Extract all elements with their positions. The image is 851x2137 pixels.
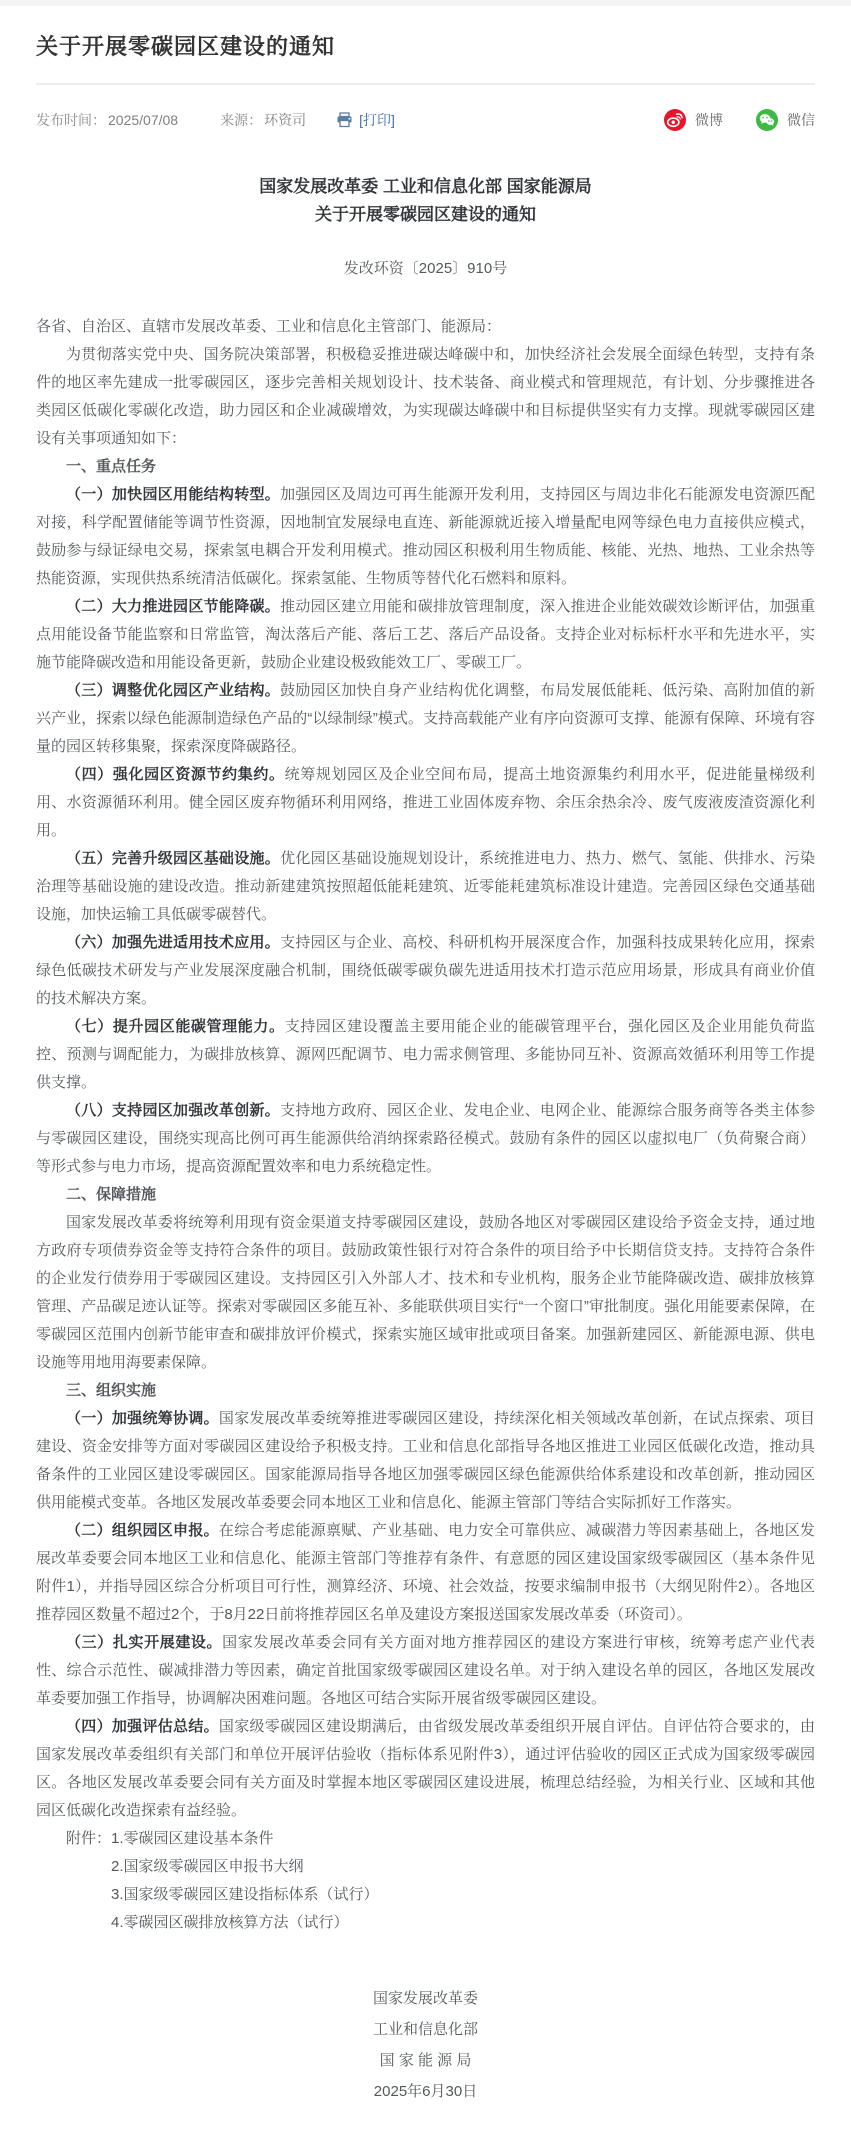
attachment-row-4: 4.零碳园区碳排放核算方法（试行） — [36, 1909, 815, 1937]
salutation: 各省、自治区、直辖市发展改革委、工业和信息化主管部门、能源局： — [36, 313, 815, 341]
section-2-heading: 二、保障措施 — [36, 1181, 815, 1209]
notice-page: 关于开展零碳园区建设的通知 发布时间： 2025/07/08 来源： 环资司 [… — [0, 0, 851, 2137]
page-title: 关于开展零碳园区建设的通知 — [36, 6, 815, 61]
item-lead: （六）加强先进适用技术应用。 — [66, 934, 280, 951]
share-wechat-button[interactable]: 微信 — [755, 108, 815, 132]
attachment-row-2: 2.国家级零碳园区申报书大纲 — [36, 1853, 815, 1881]
section3-item-3: （三）扎实开展建设。国家发展改革委会同有关方面对地方推荐园区的建设方案进行审核，… — [36, 1629, 815, 1713]
weibo-label: 微博 — [695, 110, 723, 130]
section1-item-8: （八）支持园区加强改革创新。支持地方政府、园区企业、发电企业、电网企业、能源综合… — [36, 1097, 815, 1181]
attachments-label: 附件： — [66, 1830, 111, 1847]
signature-date: 2025年6月30日 — [36, 2076, 815, 2107]
document-issuing-orgs: 国家发展改革委 工业和信息化部 国家能源局 — [36, 173, 815, 201]
attachment-row-3: 3.国家级零碳园区建设指标体系（试行） — [36, 1881, 815, 1909]
item-lead: （一）加快园区用能结构转型。 — [66, 486, 280, 503]
item-lead: （三）扎实开展建设。 — [66, 1634, 222, 1651]
item-lead: （八）支持园区加强改革创新。 — [66, 1102, 280, 1119]
document-number: 发改环资〔2025〕910号 — [36, 255, 815, 283]
signature-org-3: 国 家 能 源 局 — [36, 2045, 815, 2076]
source: 来源： 环资司 — [220, 110, 306, 130]
section1-item-3: （三）调整优化园区产业结构。鼓励园区加快自身产业结构优化调整，布局发展低能耗、低… — [36, 677, 815, 761]
source-label: 来源： — [220, 110, 262, 130]
source-value: 环资司 — [264, 110, 306, 130]
share-weibo-button[interactable]: 微博 — [663, 108, 723, 132]
wechat-label: 微信 — [787, 110, 815, 130]
publish-time-value: 2025/07/08 — [108, 112, 178, 128]
document-content: 各省、自治区、直辖市发展改革委、工业和信息化主管部门、能源局： 为贯彻落实党中央… — [36, 313, 815, 2107]
printer-icon — [336, 112, 353, 128]
section1-item-4: （四）强化园区资源节约集约。统筹规划园区及企业空间布局，提高土地资源集约利用水平… — [36, 761, 815, 845]
item-lead: （五）完善升级园区基础设施。 — [66, 850, 280, 867]
weibo-icon — [663, 108, 687, 132]
item-lead: （四）强化园区资源节约集约。 — [66, 766, 285, 783]
item-lead: （一）加强统筹协调。 — [66, 1410, 219, 1427]
print-button[interactable]: [打印] — [336, 110, 395, 130]
document-title: 关于开展零碳园区建设的通知 — [36, 201, 815, 229]
section1-item-1: （一）加快园区用能结构转型。加强园区及周边可再生能源开发利用，支持园区与周边非化… — [36, 481, 815, 593]
print-label: [打印] — [359, 110, 395, 130]
section2-paragraph: 国家发展改革委将统筹利用现有资金渠道支持零碳园区建设，鼓励各地区对零碳园区建设给… — [36, 1209, 815, 1377]
section3-item-1: （一）加强统筹协调。国家发展改革委统筹推进零碳园区建设，持续深化相关领域改革创新… — [36, 1405, 815, 1517]
signature-block: 国家发展改革委 工业和信息化部 国 家 能 源 局 2025年6月30日 — [36, 1983, 815, 2107]
section1-item-7: （七）提升园区能碳管理能力。支持园区建设覆盖主要用能企业的能碳管理平台，强化园区… — [36, 1013, 815, 1097]
share-bar: 微博 微信 — [631, 108, 815, 132]
signature-org-1: 国家发展改革委 — [36, 1983, 815, 2014]
attachment-row-1: 附件：1.零碳园区建设基本条件 — [36, 1825, 815, 1853]
publish-time: 发布时间： 2025/07/08 — [36, 110, 178, 130]
wechat-icon — [755, 108, 779, 132]
item-lead: （四）加强评估总结。 — [66, 1718, 219, 1735]
document-body: 国家发展改革委 工业和信息化部 国家能源局 关于开展零碳园区建设的通知 发改环资… — [36, 173, 815, 2107]
item-lead: （二）组织园区申报。 — [66, 1522, 219, 1539]
section1-item-2: （二）大力推进园区节能降碳。推动园区建立用能和碳排放管理制度，深入推进企业能效碳… — [36, 593, 815, 677]
section1-item-5: （五）完善升级园区基础设施。优化园区基础设施规划设计，系统推进电力、热力、燃气、… — [36, 845, 815, 929]
intro-paragraph: 为贯彻落实党中央、国务院决策部署，积极稳妥推进碳达峰碳中和，加快经济社会发展全面… — [36, 341, 815, 453]
attachment-item: 1.零碳园区建设基本条件 — [111, 1830, 274, 1847]
section-1-heading: 一、重点任务 — [36, 453, 815, 481]
meta-bar: 发布时间： 2025/07/08 来源： 环资司 [打印] — [36, 107, 815, 133]
attachments-list: 附件：1.零碳园区建设基本条件 2.国家级零碳园区申报书大纲 3.国家级零碳园区… — [36, 1825, 815, 1937]
title-divider — [36, 83, 815, 85]
item-lead: （二）大力推进园区节能降碳。 — [66, 598, 280, 615]
section3-item-2: （二）组织园区申报。在综合考虑能源禀赋、产业基础、电力安全可靠供应、减碳潜力等因… — [36, 1517, 815, 1629]
section3-item-4: （四）加强评估总结。国家级零碳园区建设期满后，由省级发展改革委组织开展自评估。自… — [36, 1713, 815, 1825]
item-lead: （七）提升园区能碳管理能力。 — [66, 1018, 285, 1035]
item-lead: （三）调整优化园区产业结构。 — [66, 682, 280, 699]
section1-item-6: （六）加强先进适用技术应用。支持园区与企业、高校、科研机构开展深度合作，加强科技… — [36, 929, 815, 1013]
publish-time-label: 发布时间： — [36, 110, 106, 130]
section-3-heading: 三、组织实施 — [36, 1377, 815, 1405]
signature-org-2: 工业和信息化部 — [36, 2014, 815, 2045]
